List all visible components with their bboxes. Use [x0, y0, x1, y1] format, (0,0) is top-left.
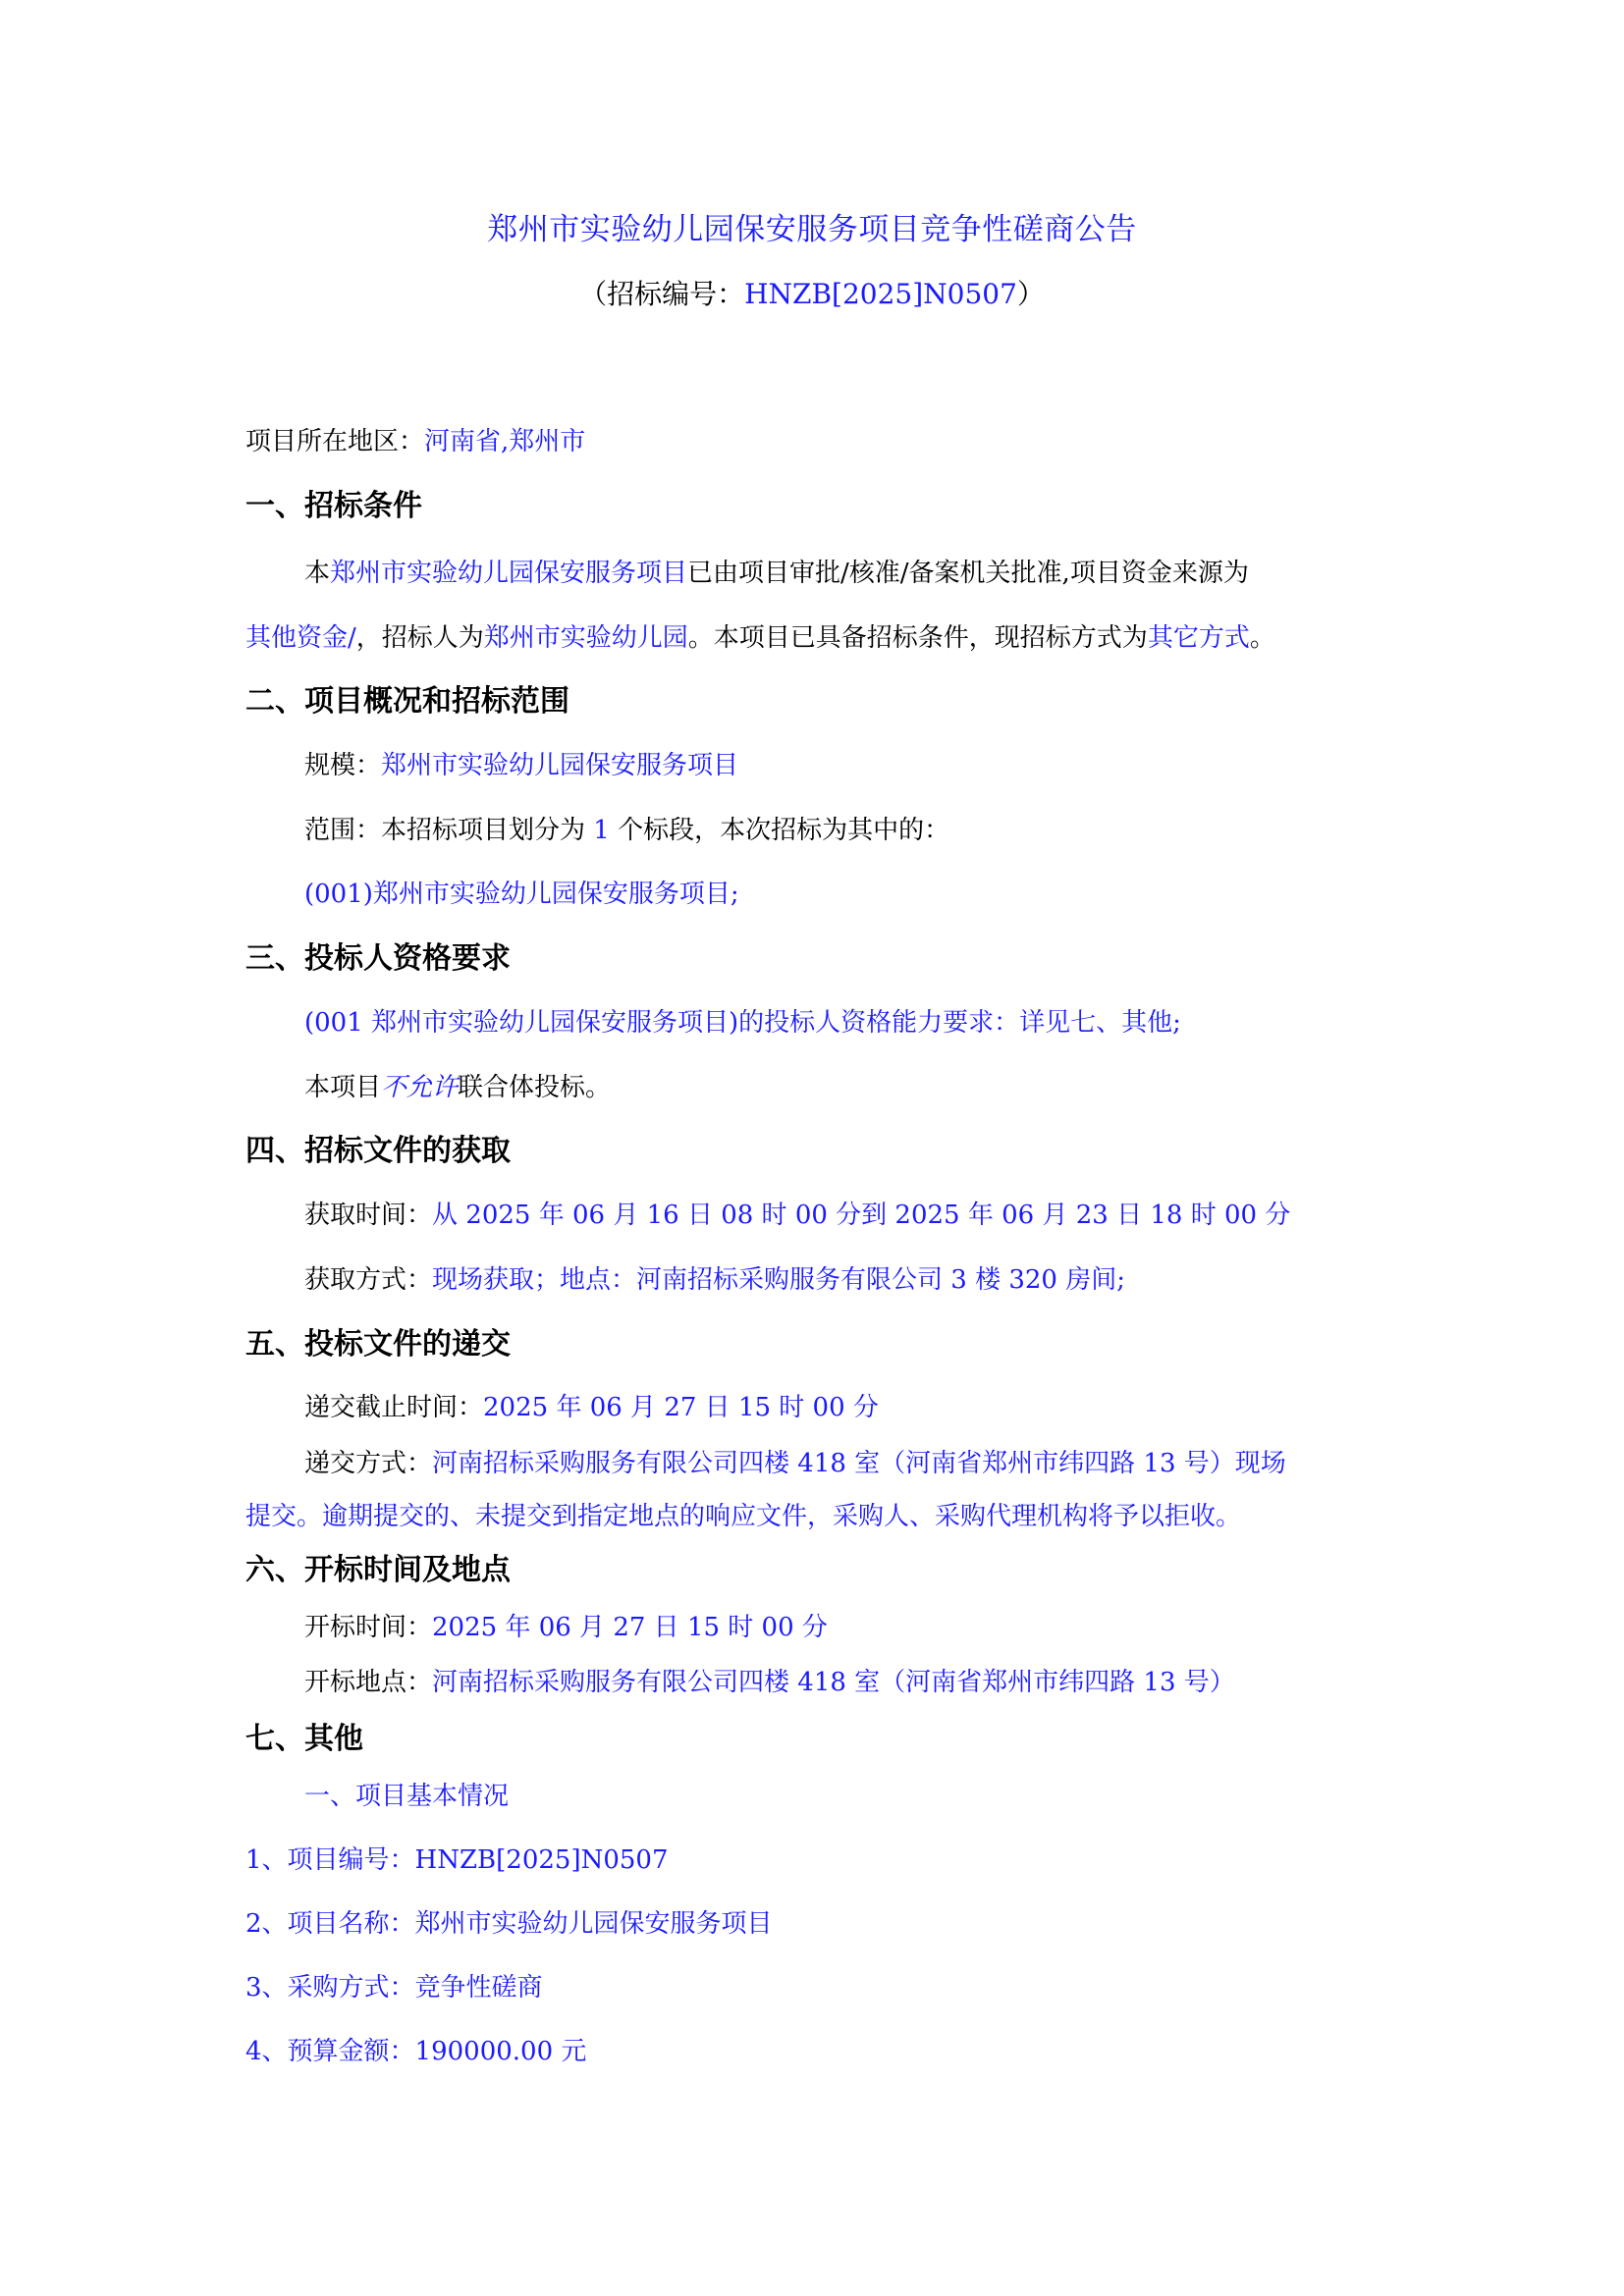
text: 。 — [1250, 623, 1275, 653]
info-item-project-name: 2、项目名称：郑州市实验幼儿园保安服务项目 — [245, 1906, 773, 1942]
obtain-time-value: 从 2025 年 06 月 16 日 08 时 00 分到 2025 年 06 … — [432, 1201, 1290, 1230]
section-1-paragraph-line-1: 本郑州市实验幼儿园保安服务项目已由项目审批/核准/备案机关批准,项目资金来源为 — [304, 556, 1249, 591]
submit-method-line-1: 递交方式：河南招标采购服务有限公司四楼 418 室（河南省郑州市纬四路 13 号… — [304, 1446, 1286, 1481]
lot-item: (001)郑州市实验幼儿园保安服务项目; — [304, 877, 739, 912]
bid-number-close: ） — [1017, 278, 1045, 310]
info-item-budget: 4、预算金额：190000.00 元 — [245, 2034, 586, 2069]
bid-number-label: （招标编号： — [579, 278, 744, 310]
text: 。本项目已具备招标条件，现招标方式为 — [688, 623, 1148, 653]
opening-time-label: 开标时间： — [304, 1613, 432, 1642]
obtain-time-line: 获取时间：从 2025 年 06 月 16 日 08 时 00 分到 2025 … — [304, 1198, 1290, 1233]
info-item-procurement-method: 3、采购方式：竞争性磋商 — [245, 1970, 543, 2005]
scale-label: 规模： — [304, 751, 381, 780]
tenderer: 郑州市实验幼儿园 — [484, 623, 688, 653]
region-value: 河南省,郑州市 — [424, 427, 585, 456]
text: 个标段，本次招标为其中的： — [618, 816, 949, 845]
section-4-heading: 四、招标文件的获取 — [245, 1132, 511, 1171]
opening-time-line: 开标时间：2025 年 06 月 27 日 15 时 00 分 — [304, 1610, 828, 1645]
scope-line: 范围：本招标项目划分为 1 个标段，本次招标为其中的： — [304, 813, 949, 848]
deadline-value: 2025 年 06 月 27 日 15 时 00 分 — [483, 1393, 879, 1422]
section-1-heading: 一、招标条件 — [245, 487, 422, 526]
opening-time-value: 2025 年 06 月 27 日 15 时 00 分 — [432, 1613, 828, 1642]
submit-method-label: 递交方式： — [304, 1449, 432, 1478]
consortium-value: 不允许 — [381, 1073, 458, 1102]
section-1-paragraph-line-2: 其他资金/，招标人为郑州市实验幼儿园。本项目已具备招标条件，现招标方式为其它方式… — [245, 620, 1275, 656]
opening-place-value: 河南招标采购服务有限公司四楼 418 室（河南省郑州市纬四路 13 号） — [432, 1668, 1235, 1697]
opening-place-label: 开标地点： — [304, 1668, 432, 1697]
lot-count: 1 — [585, 816, 618, 845]
section-6-heading: 六、开标时间及地点 — [245, 1551, 511, 1590]
obtain-method-label: 获取方式： — [304, 1265, 432, 1295]
text: ，招标人为 — [356, 623, 484, 653]
document-subtitle: （招标编号：HNZB[2025]N0507） — [0, 275, 1624, 314]
obtain-method-line: 获取方式：现场获取；地点：河南招标采购服务有限公司 3 楼 320 房间; — [304, 1262, 1125, 1298]
section-2-heading: 二、项目概况和招标范围 — [245, 682, 569, 721]
section-7-subheading: 一、项目基本情况 — [304, 1779, 509, 1814]
scale-line: 规模：郑州市实验幼儿园保安服务项目 — [304, 748, 738, 783]
deadline-line: 递交截止时间：2025 年 06 月 27 日 15 时 00 分 — [304, 1390, 879, 1425]
opening-place-line: 开标地点：河南招标采购服务有限公司四楼 418 室（河南省郑州市纬四路 13 号… — [304, 1665, 1235, 1700]
project-name: 郑州市实验幼儿园保安服务项目 — [330, 559, 687, 588]
text: 联合体投标。 — [458, 1073, 611, 1102]
tender-method: 其它方式 — [1148, 623, 1250, 653]
document-title: 郑州市实验幼儿园保安服务项目竞争性磋商公告 — [0, 208, 1624, 251]
bid-number: HNZB[2025]N0507 — [744, 278, 1017, 310]
text: 本项目 — [304, 1073, 381, 1102]
consortium-line: 本项目不允许联合体投标。 — [304, 1070, 611, 1105]
section-5-heading: 五、投标文件的递交 — [245, 1325, 511, 1364]
fund-source: 其他资金/ — [245, 623, 356, 653]
text: 已由项目审批/核准/备案机关批准,项目资金来源为 — [687, 559, 1249, 588]
info-item-project-number: 1、项目编号：HNZB[2025]N0507 — [245, 1842, 669, 1878]
region-label: 项目所在地区： — [245, 427, 424, 456]
obtain-time-label: 获取时间： — [304, 1201, 432, 1230]
section-7-heading: 七、其他 — [245, 1720, 363, 1759]
section-3-heading: 三、投标人资格要求 — [245, 939, 511, 979]
text: 范围：本招标项目划分为 — [304, 816, 585, 845]
qualification-requirement: (001 郑州市实验幼儿园保安服务项目)的投标人资格能力要求：详见七、其他; — [304, 1005, 1181, 1041]
deadline-label: 递交截止时间： — [304, 1393, 483, 1422]
submit-method-line-2: 提交。逾期提交的、未提交到指定地点的响应文件，采购人、采购代理机构将予以拒收。 — [245, 1499, 1241, 1534]
scale-value: 郑州市实验幼儿园保安服务项目 — [381, 751, 738, 780]
obtain-method-value: 现场获取；地点：河南招标采购服务有限公司 3 楼 320 房间; — [432, 1265, 1125, 1295]
submit-method-value: 河南招标采购服务有限公司四楼 418 室（河南省郑州市纬四路 13 号）现场 — [432, 1449, 1286, 1478]
announcement-page: 郑州市实验幼儿园保安服务项目竞争性磋商公告 （招标编号：HNZB[2025]N0… — [0, 0, 1624, 2296]
project-region: 项目所在地区：河南省,郑州市 — [245, 424, 585, 459]
text: 本 — [304, 559, 330, 588]
